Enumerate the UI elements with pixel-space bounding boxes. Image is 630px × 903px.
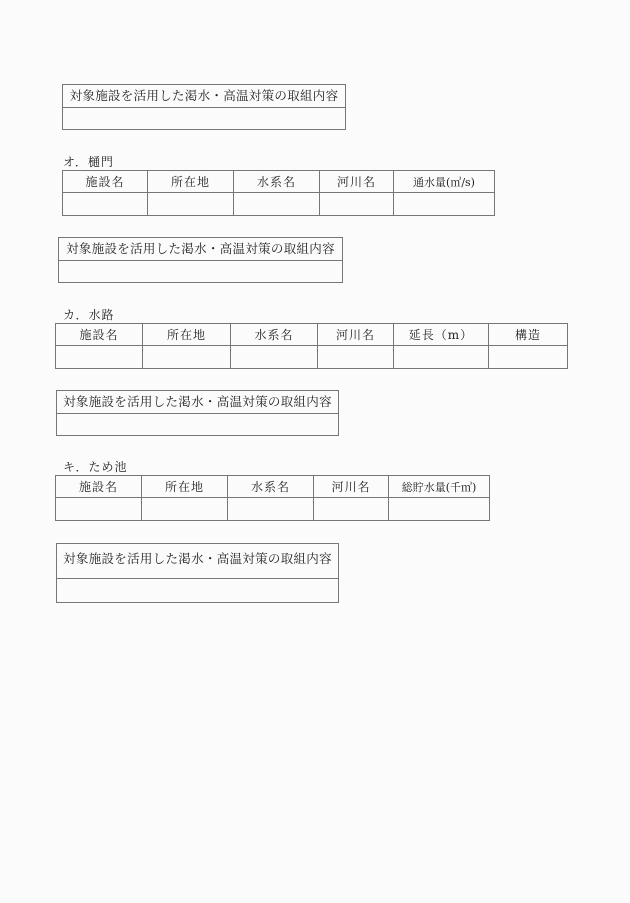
content-box-title: 対象施設を活用した渇水・高温対策の取組内容 xyxy=(57,391,338,414)
sluice-gate-table: 施設名 所在地 水系名 河川名 通水量(㎥/s) xyxy=(62,170,495,216)
content-box-title: 対象施設を活用した渇水・高温対策の取組内容 xyxy=(59,238,342,261)
content-box-value-field[interactable] xyxy=(59,261,342,282)
content-box-1: 対象施設を活用した渇水・高温対策の取組内容 xyxy=(62,84,346,130)
table-header-row: 施設名 所在地 水系名 河川名 延長（m） 構造 xyxy=(56,324,568,346)
cell-location[interactable] xyxy=(143,346,231,369)
section-label-reservoir-pond: キ．ため池 xyxy=(63,458,128,475)
section-label-sluice-gate: オ．樋門 xyxy=(63,153,114,170)
column-header-facility-name: 施設名 xyxy=(56,476,142,498)
cell-facility-name[interactable] xyxy=(56,346,143,369)
cell-flow-capacity[interactable] xyxy=(394,193,495,216)
table-row xyxy=(56,498,490,521)
section-label-waterway: カ．水路 xyxy=(63,306,115,323)
content-box-3: 対象施設を活用した渇水・高温対策の取組内容 xyxy=(56,390,339,436)
cell-facility-name[interactable] xyxy=(63,193,148,216)
column-header-river-name: 河川名 xyxy=(320,171,394,193)
waterway-table: 施設名 所在地 水系名 河川名 延長（m） 構造 xyxy=(55,323,568,369)
table-row xyxy=(56,346,568,369)
column-header-length: 延長（m） xyxy=(394,324,489,346)
column-header-water-system: 水系名 xyxy=(231,324,318,346)
content-box-4: 対象施設を活用した渇水・高温対策の取組内容 xyxy=(56,543,339,603)
cell-total-storage[interactable] xyxy=(389,498,490,521)
column-header-structure: 構造 xyxy=(489,324,568,346)
column-header-location: 所在地 xyxy=(142,476,228,498)
cell-location[interactable] xyxy=(142,498,228,521)
content-box-title: 対象施設を活用した渇水・高温対策の取組内容 xyxy=(63,85,345,108)
cell-river-name[interactable] xyxy=(318,346,394,369)
column-header-facility-name: 施設名 xyxy=(56,324,143,346)
content-box-value-field[interactable] xyxy=(57,579,338,602)
cell-structure[interactable] xyxy=(489,346,568,369)
cell-river-name[interactable] xyxy=(320,193,394,216)
table-header-row: 施設名 所在地 水系名 河川名 総貯水量(千㎥) xyxy=(56,476,490,498)
column-header-river-name: 河川名 xyxy=(318,324,394,346)
content-box-title: 対象施設を活用した渇水・高温対策の取組内容 xyxy=(57,544,338,579)
content-box-value-field[interactable] xyxy=(57,414,338,435)
reservoir-pond-table: 施設名 所在地 水系名 河川名 総貯水量(千㎥) xyxy=(55,475,490,521)
table-row xyxy=(63,193,495,216)
column-header-water-system: 水系名 xyxy=(234,171,320,193)
cell-location[interactable] xyxy=(148,193,234,216)
content-box-2: 対象施設を活用した渇水・高温対策の取組内容 xyxy=(58,237,343,283)
column-header-river-name: 河川名 xyxy=(314,476,389,498)
column-header-location: 所在地 xyxy=(143,324,231,346)
column-header-total-storage: 総貯水量(千㎥) xyxy=(389,476,490,498)
column-header-flow-capacity: 通水量(㎥/s) xyxy=(394,171,495,193)
cell-facility-name[interactable] xyxy=(56,498,142,521)
cell-water-system[interactable] xyxy=(231,346,318,369)
cell-water-system[interactable] xyxy=(234,193,320,216)
table-header-row: 施設名 所在地 水系名 河川名 通水量(㎥/s) xyxy=(63,171,495,193)
column-header-water-system: 水系名 xyxy=(228,476,314,498)
cell-water-system[interactable] xyxy=(228,498,314,521)
content-box-value-field[interactable] xyxy=(63,108,345,129)
column-header-facility-name: 施設名 xyxy=(63,171,148,193)
column-header-location: 所在地 xyxy=(148,171,234,193)
cell-river-name[interactable] xyxy=(314,498,389,521)
cell-length[interactable] xyxy=(394,346,489,369)
